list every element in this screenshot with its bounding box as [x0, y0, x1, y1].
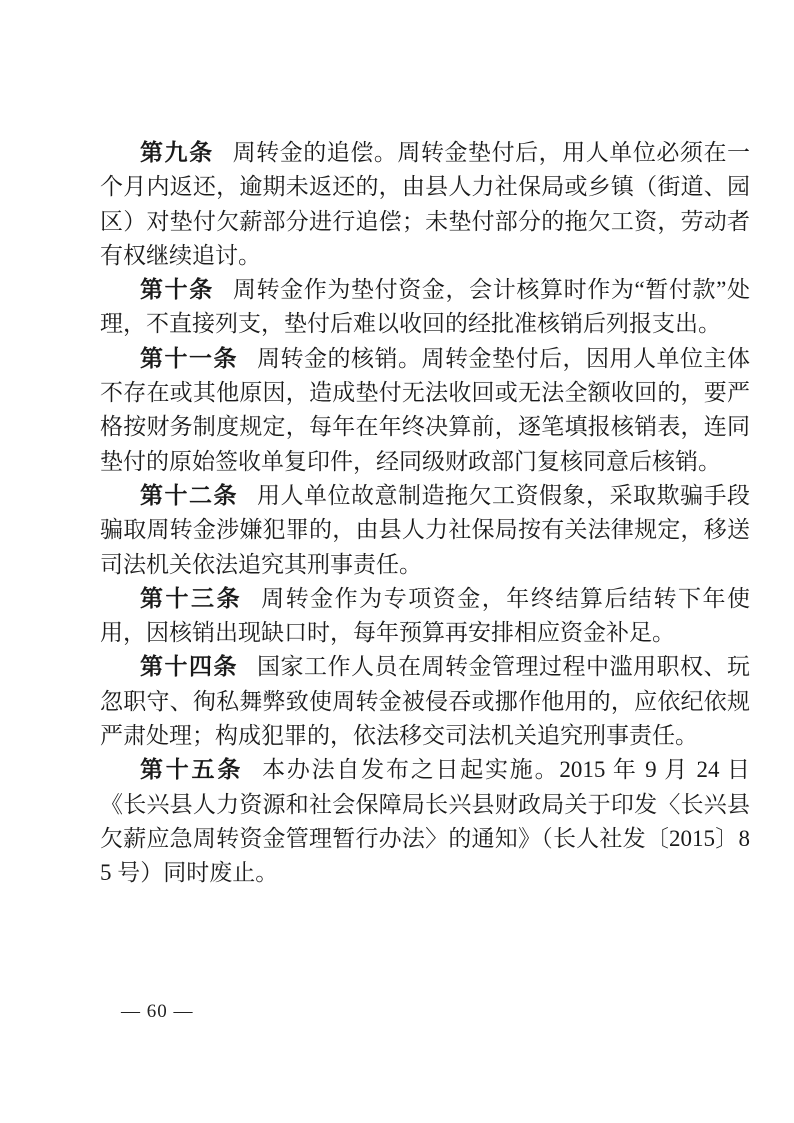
article-number: 第十一条 [140, 346, 238, 371]
article-paragraph: 第九条周转金的追偿。周转金垫付后，用人单位必须在一个月内返还，逾期未返还的，由县… [100, 136, 750, 273]
article-paragraph: 第十条周转金作为垫付资金，会计核算时作为“暂付款”处理，不直接列支，垫付后难以收… [100, 273, 750, 342]
document-body: 第九条周转金的追偿。周转金垫付后，用人单位必须在一个月内返还，逾期未返还的，由县… [100, 136, 750, 891]
article-number: 第十三条 [140, 586, 242, 611]
article-number: 第十四条 [140, 654, 238, 679]
page-number: — 60 — [121, 1001, 194, 1023]
article-paragraph: 第十四条国家工作人员在周转金管理过程中滥用职权、玩忽职守、徇私舞弊致使周转金被侵… [100, 650, 750, 753]
article-paragraph: 第十一条周转金的核销。周转金垫付后，因用人单位主体不存在或其他原因，造成垫付无法… [100, 342, 750, 479]
article-number: 第十五条 [140, 757, 243, 782]
article-number: 第十条 [140, 277, 214, 302]
document-page: 第九条周转金的追偿。周转金垫付后，用人单位必须在一个月内返还，逾期未返还的，由县… [0, 0, 794, 1123]
article-number: 第十二条 [140, 483, 238, 508]
article-paragraph: 第十三条周转金作为专项资金，年终结算后结转下年使用，因核销出现缺口时，每年预算再… [100, 582, 750, 651]
article-number: 第九条 [140, 140, 214, 165]
article-paragraph: 第十五条本办法自发布之日起实施。2015 年 9 月 24 日《长兴县人力资源和… [100, 753, 750, 890]
article-paragraph: 第十二条用人单位故意制造拖欠工资假象，采取欺骗手段骗取周转金涉嫌犯罪的，由县人力… [100, 479, 750, 582]
